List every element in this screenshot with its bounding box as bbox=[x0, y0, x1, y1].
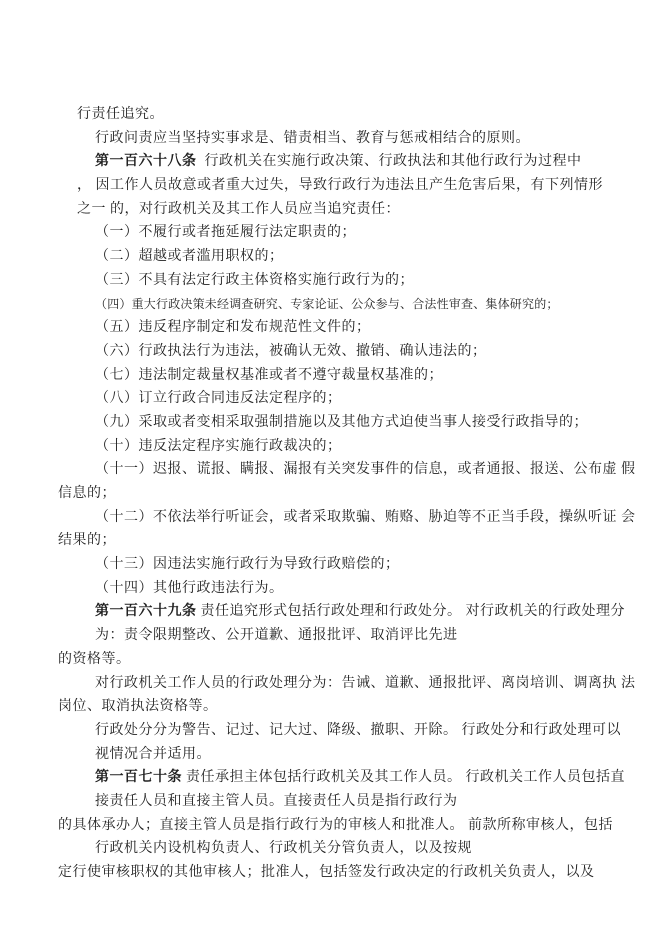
line-text: 信息的； bbox=[58, 486, 116, 501]
line-text: 责任承担主体包括行政机关及其工作人员。 行政机关工作人员包括直 bbox=[182, 770, 625, 785]
text-line: 第一百七十条 责任承担主体包括行政机关及其工作人员。 行政机关工作人员包括直 bbox=[95, 766, 654, 790]
line-text: 行政问责应当坚持实事求是、错责相当、教育与惩戒相结合的原则。 bbox=[95, 131, 530, 146]
line-text: （八）订立行政合同违反法定程序的； bbox=[95, 391, 342, 406]
text-line: （一）不履行或者拖延履行法定职责的； bbox=[95, 221, 654, 245]
line-text: 行责任追究。 bbox=[77, 107, 164, 122]
text-line: 行政问责应当坚持实事求是、错责相当、教育与惩戒相结合的原则。 bbox=[95, 127, 654, 151]
text-line: 接责任人员和直接主管人员。直接责任人员是指行政行为 bbox=[95, 790, 654, 814]
article-number: 第一百七十条 bbox=[95, 770, 182, 785]
text-line: （三）不具有法定行政主体资格实施行政行为的； bbox=[95, 269, 654, 293]
line-text: 接责任人员和直接主管人员。直接责任人员是指行政行为 bbox=[95, 794, 458, 809]
text-line: （十四）其他行政违法行为。 bbox=[95, 577, 654, 601]
line-text: （七）违法制定裁量权基准或者不遵守裁量权基准的； bbox=[95, 368, 443, 383]
text-line: 的具体承办人；直接主管人员是指行政行为的审核人和批准人。 前款所称审核人，包括 bbox=[58, 814, 654, 838]
line-text: 之一 的，对行政机关及其工作人员应当追究责任： bbox=[77, 202, 400, 217]
text-line: 结果的； bbox=[58, 529, 654, 553]
document-page: 行责任追究。行政问责应当坚持实事求是、错责相当、教育与惩戒相结合的原则。第一百六… bbox=[0, 0, 664, 929]
line-text: 行政处分分为警告、记过、记大过、降级、撤职、开除。 行政处分和行政处理可以 bbox=[95, 723, 621, 738]
article-number: 第一百六十九条 bbox=[95, 604, 197, 619]
line-text: 为：责令限期整改、公开道歉、通报批评、取消评比先进 bbox=[95, 628, 458, 643]
line-text: 的资格等。 bbox=[58, 652, 131, 667]
text-line: 定行使审核职权的其他审核人；批准人，包括签发行政决定的行政机关负责人，以及 bbox=[58, 861, 654, 885]
text-line: 为：责令限期整改、公开道歉、通报批评、取消评比先进 bbox=[95, 624, 654, 648]
line-text: （十四）其他行政违法行为。 bbox=[95, 581, 284, 596]
line-text: （十）违反法定程序实施行政裁决的； bbox=[95, 439, 342, 454]
text-line: ， 因工作人员故意或者重大过失，导致行政行为违法且产生危害后果，有下列情形 bbox=[77, 174, 654, 198]
line-text: ， 因工作人员故意或者重大过失，导致行政行为违法且产生危害后果，有下列情形 bbox=[77, 178, 603, 193]
text-line: 行政处分分为警告、记过、记大过、降级、撤职、开除。 行政处分和行政处理可以 bbox=[95, 719, 654, 743]
text-line: （四）重大行政决策未经调查研究、专家论证、公众参与、合法性审查、集体研究的； bbox=[95, 293, 654, 317]
line-text: 视情况合并适用。 bbox=[95, 747, 211, 762]
line-text: 岗位、取消执法资格等。 bbox=[58, 699, 218, 714]
text-line: 岗位、取消执法资格等。 bbox=[58, 695, 654, 719]
article-number: 第一百六十八条 bbox=[95, 154, 197, 169]
text-line: （十一）迟报、谎报、瞒报、漏报有关突发事件的信息，或者通报、报送、公布虚 假 bbox=[95, 458, 654, 482]
line-text: 对行政机关工作人员的行政处理分为：告诫、道歉、通报批评、离岗培训、调离执 法 bbox=[95, 676, 636, 691]
line-text: （三）不具有法定行政主体资格实施行政行为的； bbox=[95, 273, 414, 288]
text-line: 第一百六十八条 行政机关在实施行政决策、行政执法和其他行政行为过程中 bbox=[95, 150, 654, 174]
text-line: （十三）因违法实施行政行为导致行政赔偿的； bbox=[95, 553, 654, 577]
text-line: （七）违法制定裁量权基准或者不遵守裁量权基准的； bbox=[95, 364, 654, 388]
text-line: （九）采取或者变相采取强制措施以及其他方式迫使当事人接受行政指导的； bbox=[95, 411, 654, 435]
text-line: 的资格等。 bbox=[58, 648, 654, 672]
document-body: 行责任追究。行政问责应当坚持实事求是、错责相当、教育与惩戒相结合的原则。第一百六… bbox=[58, 103, 654, 885]
text-line: （五）违反程序制定和发布规范性文件的； bbox=[95, 316, 654, 340]
text-line: 视情况合并适用。 bbox=[95, 743, 654, 767]
text-line: 信息的； bbox=[58, 482, 654, 506]
text-line: 行责任追究。 bbox=[77, 103, 654, 127]
line-text: 责任追究形式包括行政处理和行政处分。 对行政机关的行政处理分 bbox=[197, 604, 626, 619]
line-text: （二）超越或者滥用职权的； bbox=[95, 249, 284, 264]
text-line: （八）订立行政合同违反法定程序的； bbox=[95, 387, 654, 411]
text-line: （十）违反法定程序实施行政裁决的； bbox=[95, 435, 654, 459]
text-line: 第一百六十九条 责任追究形式包括行政处理和行政处分。 对行政机关的行政处理分 bbox=[95, 600, 654, 624]
line-text: （四）重大行政决策未经调查研究、专家论证、公众参与、合法性审查、集体研究的； bbox=[95, 297, 559, 311]
line-text: （九）采取或者变相采取强制措施以及其他方式迫使当事人接受行政指导的； bbox=[95, 415, 588, 430]
line-text: （五）违反程序制定和发布规范性文件的； bbox=[95, 320, 371, 335]
text-line: （六）行政执法行为违法，被确认无效、撤销、确认违法的； bbox=[95, 340, 654, 364]
line-text: 行政机关在实施行政决策、行政执法和其他行政行为过程中 bbox=[197, 154, 582, 169]
text-line: 之一 的，对行政机关及其工作人员应当追究责任： bbox=[77, 198, 654, 222]
line-text: （十二）不依法举行听证会，或者采取欺骗、贿赂、胁迫等不正当手段，操纵听证 会 bbox=[95, 510, 636, 525]
line-text: （十三）因违法实施行政行为导致行政赔偿的； bbox=[95, 557, 400, 572]
line-text: （十一）迟报、谎报、瞒报、漏报有关突发事件的信息，或者通报、报送、公布虚 假 bbox=[95, 462, 636, 477]
line-text: 定行使审核职权的其他审核人；批准人，包括签发行政决定的行政机关负责人，以及 bbox=[58, 865, 595, 880]
line-text: 结果的； bbox=[58, 533, 116, 548]
line-text: 的具体承办人；直接主管人员是指行政行为的审核人和批准人。 前款所称审核人，包括 bbox=[58, 818, 613, 833]
text-line: 对行政机关工作人员的行政处理分为：告诫、道歉、通报批评、离岗培训、调离执 法 bbox=[95, 672, 654, 696]
text-line: （二）超越或者滥用职权的； bbox=[95, 245, 654, 269]
line-text: （一）不履行或者拖延履行法定职责的； bbox=[95, 225, 356, 240]
text-line: 行政机关内设机构负责人、行政机关分管负责人，以及按规 bbox=[95, 837, 654, 861]
text-line: （十二）不依法举行听证会，或者采取欺骗、贿赂、胁迫等不正当手段，操纵听证 会 bbox=[95, 506, 654, 530]
line-text: （六）行政执法行为违法，被确认无效、撤销、确认违法的； bbox=[95, 344, 487, 359]
line-text: 行政机关内设机构负责人、行政机关分管负责人，以及按规 bbox=[95, 841, 472, 856]
